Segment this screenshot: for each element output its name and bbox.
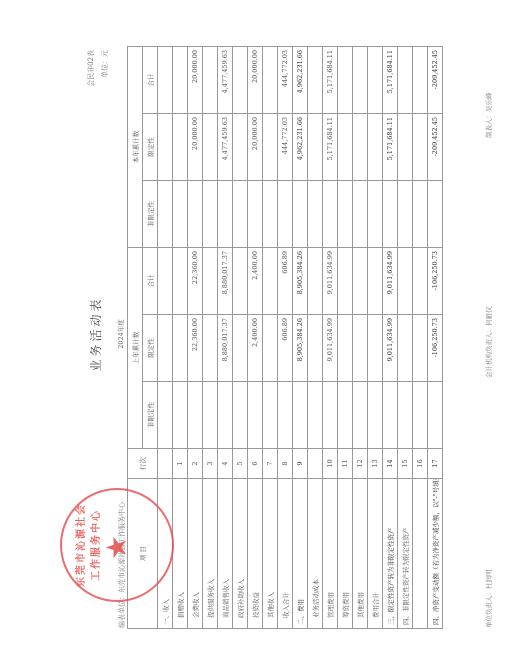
prior-total-cell xyxy=(353,247,368,314)
table-row: 会费收入222,360.0022,360.0020,000.0020,000.0… xyxy=(188,46,203,628)
table-row: 三、限定性资产转为非限定性资产149,011,634.999,011,634.9… xyxy=(383,46,398,628)
current-non-restricted-cell xyxy=(323,180,338,247)
prior-non-restricted-cell xyxy=(233,382,248,449)
current-restricted-cell xyxy=(233,113,248,180)
table-row: 捐赠收入1 xyxy=(173,46,188,628)
prior-total-cell xyxy=(203,247,218,314)
current-restricted-cell: -209,452.45 xyxy=(428,113,443,180)
prior-total-cell: 9,011,634.99 xyxy=(383,247,398,314)
row-number-cell: 14 xyxy=(383,449,398,479)
current-restricted-cell: 444,772.03 xyxy=(278,113,293,180)
official-seal: 东莞市沁源社会工作服务中心 ★ xyxy=(60,488,174,602)
current-non-restricted-cell xyxy=(353,180,368,247)
header-current-non-restricted: 非限定性 xyxy=(143,180,158,247)
row-number-cell: 10 xyxy=(323,449,338,479)
table-row: 四、净资产变动额（若为净资产减少额，以"-"号填列）17-106,250.73-… xyxy=(428,46,443,628)
prior-restricted-cell: -106,250.73 xyxy=(428,315,443,382)
current-non-restricted-cell xyxy=(308,180,323,247)
current-total-cell xyxy=(368,46,383,113)
current-restricted-cell xyxy=(398,113,413,180)
prior-non-restricted-cell xyxy=(158,382,173,449)
prior-restricted-cell xyxy=(398,315,413,382)
table-row: 费用合计13 xyxy=(368,46,383,628)
row-number-cell: 9 xyxy=(293,449,308,479)
preparer-signature: 制表人：吴乐峰 xyxy=(484,93,493,139)
prior-non-restricted-cell xyxy=(323,382,338,449)
form-code: 会民非02表 xyxy=(84,50,98,87)
table-row: 投资收益62,400.002,400.0020,000.0020,000.00 xyxy=(248,46,263,628)
current-non-restricted-cell xyxy=(278,180,293,247)
current-total-cell xyxy=(398,46,413,113)
row-item-cell: 三、限定性资产转为非限定性资产 xyxy=(383,479,398,629)
prior-total-cell: 8,880,017.37 xyxy=(218,247,233,314)
current-total-cell xyxy=(413,46,428,113)
prior-non-restricted-cell xyxy=(248,382,263,449)
prior-non-restricted-cell xyxy=(203,382,218,449)
current-non-restricted-cell xyxy=(383,180,398,247)
prior-non-restricted-cell xyxy=(398,382,413,449)
prior-restricted-cell: 9,011,634.99 xyxy=(383,315,398,382)
row-item-cell: 四、净资产变动额（若为净资产减少额，以"-"号填列） xyxy=(428,479,443,629)
prior-restricted-cell xyxy=(413,315,428,382)
unit-head-signature: 单位负责人：杜润明 xyxy=(484,570,493,629)
current-non-restricted-cell xyxy=(263,180,278,247)
prior-non-restricted-cell xyxy=(173,382,188,449)
prior-total-cell xyxy=(368,247,383,314)
table-row: 16 xyxy=(413,46,428,628)
row-number-cell: 8 xyxy=(278,449,293,479)
current-non-restricted-cell xyxy=(293,180,308,247)
unit-label: 单位：元 xyxy=(98,50,112,87)
prior-total-cell xyxy=(308,247,323,314)
current-non-restricted-cell xyxy=(188,180,203,247)
activity-table: 项 目 行次 上年累计数 本年累计数 非限定性 限定性 合计 非限定性 限定性 … xyxy=(127,46,443,629)
row-number-cell: 6 xyxy=(248,449,263,479)
current-non-restricted-cell xyxy=(158,180,173,247)
header-prior-restricted: 限定性 xyxy=(143,315,158,382)
prior-non-restricted-cell xyxy=(413,382,428,449)
current-non-restricted-cell xyxy=(368,180,383,247)
row-number-cell: 7 xyxy=(263,449,278,479)
row-item-cell: 筹资费用 xyxy=(338,479,353,629)
row-item-cell: 政府补助收入 xyxy=(233,479,248,629)
header-current-total: 合计 xyxy=(143,46,158,113)
prior-restricted-cell xyxy=(368,315,383,382)
row-item-cell xyxy=(413,479,428,629)
current-non-restricted-cell xyxy=(398,180,413,247)
current-restricted-cell xyxy=(368,113,383,180)
accounting-head-signature: 会计机构负责人：何雁仪 xyxy=(484,307,493,379)
row-item-cell: 管理费用 xyxy=(323,479,338,629)
seal-text: 东莞市沁源社会工作服务中心 xyxy=(72,500,102,590)
header-prior-total: 合计 xyxy=(143,247,158,314)
row-number-cell: 13 xyxy=(368,449,383,479)
current-restricted-cell: 5,171,684.11 xyxy=(323,113,338,180)
prior-restricted-cell: 8,905,384.26 xyxy=(293,315,308,382)
prior-non-restricted-cell xyxy=(368,382,383,449)
current-total-cell: 5,171,684.11 xyxy=(383,46,398,113)
table-row: 提供服务收入3 xyxy=(203,46,218,628)
table-row: 业务活动成本 xyxy=(308,46,323,628)
row-number-cell xyxy=(308,449,323,479)
prior-non-restricted-cell xyxy=(278,382,293,449)
current-total-cell xyxy=(173,46,188,113)
prior-non-restricted-cell xyxy=(308,382,323,449)
row-item-cell: 捐赠收入 xyxy=(173,479,188,629)
prior-restricted-cell xyxy=(173,315,188,382)
current-restricted-cell xyxy=(263,113,278,180)
form-code-block: 会民非02表 单位：元 xyxy=(84,50,112,87)
table-row: 政府补助收入5 xyxy=(233,46,248,628)
row-item-cell: 二、费用 xyxy=(293,479,308,629)
current-total-cell: 20,000.00 xyxy=(248,46,263,113)
row-number-cell: 12 xyxy=(353,449,368,479)
current-restricted-cell xyxy=(413,113,428,180)
row-number-cell: 15 xyxy=(398,449,413,479)
table-body: 一、收入捐赠收入1会费收入222,360.0022,360.0020,000.0… xyxy=(158,46,443,628)
table-row: 二、费用98,905,384.268,905,384.264,962,231.6… xyxy=(293,46,308,628)
prior-restricted-cell: 22,360.00 xyxy=(188,315,203,382)
current-total-cell: 20,000.00 xyxy=(188,46,203,113)
row-item-cell: 业务活动成本 xyxy=(308,479,323,629)
prior-restricted-cell: 8,880,017.37 xyxy=(218,315,233,382)
prior-total-cell xyxy=(338,247,353,314)
prior-total-cell xyxy=(398,247,413,314)
table-row: 筹资费用11 xyxy=(338,46,353,628)
current-restricted-cell xyxy=(338,113,353,180)
star-icon: ★ xyxy=(100,535,133,560)
current-restricted-cell xyxy=(173,113,188,180)
row-item-cell: 其他收入 xyxy=(263,479,278,629)
header-row-no: 行次 xyxy=(128,449,158,479)
row-number-cell: 11 xyxy=(338,449,353,479)
row-number-cell: 17 xyxy=(428,449,443,479)
header-current-year: 本年累计数 xyxy=(128,46,143,247)
row-item-cell: 四、非限定性资产转为限定性资产 xyxy=(398,479,413,629)
row-number-cell: 4 xyxy=(218,449,233,479)
current-total-cell: 4,962,231.66 xyxy=(293,46,308,113)
current-non-restricted-cell xyxy=(203,180,218,247)
row-item-cell: 收入合计 xyxy=(278,479,293,629)
current-non-restricted-cell xyxy=(338,180,353,247)
prior-restricted-cell: 9,011,634.99 xyxy=(323,315,338,382)
current-restricted-cell: 5,171,684.11 xyxy=(383,113,398,180)
prior-total-cell xyxy=(263,247,278,314)
prior-non-restricted-cell xyxy=(293,382,308,449)
table-row: 管理费用109,011,634.999,011,634.995,171,684.… xyxy=(323,46,338,628)
prior-non-restricted-cell xyxy=(263,382,278,449)
document-page: 业务活动表 会民非02表 单位：元 编表单位：东莞市沁源社会工作服务中心 202… xyxy=(0,0,514,668)
header-prior-non-restricted: 非限定性 xyxy=(143,382,158,449)
current-total-cell xyxy=(233,46,248,113)
row-item-cell: 投资收益 xyxy=(248,479,263,629)
prior-non-restricted-cell xyxy=(383,382,398,449)
prior-restricted-cell xyxy=(203,315,218,382)
header-prior-year: 上年累计数 xyxy=(128,247,143,448)
current-non-restricted-cell xyxy=(233,180,248,247)
header-current-restricted: 限定性 xyxy=(143,113,158,180)
current-restricted-cell: 20,000.00 xyxy=(188,113,203,180)
current-restricted-cell xyxy=(158,113,173,180)
row-number-cell: 5 xyxy=(233,449,248,479)
row-item-cell: 商品销售收入 xyxy=(218,479,233,629)
prior-total-cell: 2,400.00 xyxy=(248,247,263,314)
prior-total-cell: 606.89 xyxy=(278,247,293,314)
row-number-cell: 1 xyxy=(173,449,188,479)
current-restricted-cell xyxy=(203,113,218,180)
prior-non-restricted-cell xyxy=(218,382,233,449)
current-non-restricted-cell xyxy=(173,180,188,247)
current-total-cell: 444,772.03 xyxy=(278,46,293,113)
current-restricted-cell: 4,962,231.66 xyxy=(293,113,308,180)
current-total-cell xyxy=(203,46,218,113)
row-number-cell: 3 xyxy=(203,449,218,479)
row-item-cell: 其他费用 xyxy=(353,479,368,629)
prior-restricted-cell xyxy=(263,315,278,382)
row-item-cell: 费用合计 xyxy=(368,479,383,629)
row-number-cell: 16 xyxy=(413,449,428,479)
prior-total-cell xyxy=(233,247,248,314)
current-restricted-cell xyxy=(353,113,368,180)
prior-restricted-cell: 606.89 xyxy=(278,315,293,382)
table-row: 商品销售收入48,880,017.378,880,017.374,477,459… xyxy=(218,46,233,628)
current-total-cell xyxy=(353,46,368,113)
row-item-cell: 提供服务收入 xyxy=(203,479,218,629)
current-total-cell xyxy=(338,46,353,113)
current-non-restricted-cell xyxy=(218,180,233,247)
prior-restricted-cell xyxy=(233,315,248,382)
current-restricted-cell xyxy=(308,113,323,180)
table-row: 其他收入7 xyxy=(263,46,278,628)
prior-total-cell: 22,360.00 xyxy=(188,247,203,314)
current-restricted-cell: 4,477,459.63 xyxy=(218,113,233,180)
prior-restricted-cell xyxy=(353,315,368,382)
prior-non-restricted-cell xyxy=(338,382,353,449)
prior-total-cell xyxy=(173,247,188,314)
current-non-restricted-cell xyxy=(248,180,263,247)
current-total-cell xyxy=(263,46,278,113)
prior-total-cell xyxy=(158,247,173,314)
prior-non-restricted-cell xyxy=(428,382,443,449)
current-total-cell: 4,477,459.63 xyxy=(218,46,233,113)
current-total-cell xyxy=(308,46,323,113)
prior-restricted-cell xyxy=(338,315,353,382)
row-number-cell: 2 xyxy=(188,449,203,479)
row-item-cell: 会费收入 xyxy=(188,479,203,629)
current-restricted-cell: 20,000.00 xyxy=(248,113,263,180)
prior-total-cell xyxy=(413,247,428,314)
prior-non-restricted-cell xyxy=(188,382,203,449)
table-row: 收入合计8606.89606.89444,772.03444,772.03 xyxy=(278,46,293,628)
prior-restricted-cell xyxy=(308,315,323,382)
table-row: 四、非限定性资产转为限定性资产15 xyxy=(398,46,413,628)
current-total-cell: -209,452.45 xyxy=(428,46,443,113)
prior-total-cell: -106,250.73 xyxy=(428,247,443,314)
current-total-cell xyxy=(158,46,173,113)
current-non-restricted-cell xyxy=(428,180,443,247)
prior-total-cell: 9,011,634.99 xyxy=(323,247,338,314)
prior-non-restricted-cell xyxy=(353,382,368,449)
table-row: 其他费用12 xyxy=(353,46,368,628)
current-non-restricted-cell xyxy=(413,180,428,247)
current-total-cell: 5,171,684.11 xyxy=(323,46,338,113)
prior-restricted-cell: 2,400.00 xyxy=(248,315,263,382)
prior-total-cell: 8,905,384.26 xyxy=(293,247,308,314)
row-number-cell xyxy=(158,449,173,479)
prior-restricted-cell xyxy=(158,315,173,382)
